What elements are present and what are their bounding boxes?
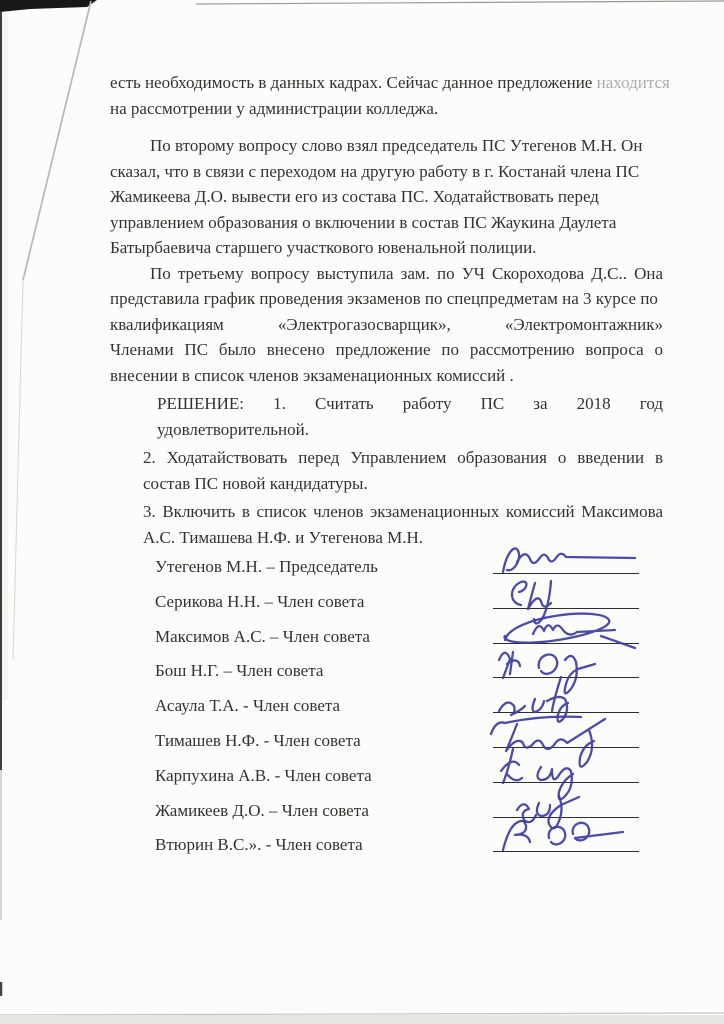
text-line: представила график проведения экзаменов … <box>110 286 663 312</box>
bottom-edge-artifact <box>0 1013 724 1015</box>
top-edge-artifact <box>196 1 724 4</box>
text-line: управлением образования о включении в со… <box>110 210 663 236</box>
signature-ink <box>477 806 653 868</box>
text-line: 2. Ходатайствовать перед Управлением обр… <box>143 445 663 471</box>
text-line: Жамикеева Д.О. вывести его из состава ПС… <box>110 184 663 210</box>
signatory-label: Асаула Т.А. - Член совета <box>155 693 340 718</box>
text-line: состав ПС новой кандидатуры. <box>143 471 663 497</box>
text-line: 3. Включить в список членов экзаменацион… <box>143 499 663 525</box>
signatory-label: Карпухина А.В. - Член совета <box>155 763 372 788</box>
signatory-label: Втюрин В.С.». - Член совета <box>155 832 363 857</box>
signatory-label: Максимов А.С. – Член совета <box>155 624 370 649</box>
document-text: есть необходимость в данных кадрах. Сейч… <box>110 70 663 867</box>
text-line: Батырбаевича старшего участкового ювенал… <box>110 235 663 261</box>
paragraph-2: По второму вопросу слово взял председате… <box>110 133 663 261</box>
text-line: По второму вопросу слово взял председате… <box>110 133 663 159</box>
text-line: есть необходимость в данных кадрах. Сейч… <box>110 70 663 96</box>
text-line: квалификациям «Электрогазосварщик», «Эле… <box>110 312 663 338</box>
signatory-label: Серикова Н.Н. – Член совета <box>155 589 364 614</box>
text-line: внесении в список членов экзаменационных… <box>110 363 663 389</box>
resolution-paragraph: РЕШЕНИЕ: 1. Считать работу ПС за 2018 го… <box>157 391 663 442</box>
text-line: По третьему вопросу выступила зам. по УЧ… <box>110 261 663 287</box>
signatory-label: Бош Н.Г. – Член совета <box>155 658 323 683</box>
signatory-label: Тимашев Н.Ф. - Член совета <box>155 728 361 753</box>
signatory-label: Жамикеев Д.О. – Член совета <box>155 798 369 823</box>
signature-row: Втюрин В.С.». - Член совета <box>155 832 663 867</box>
paragraph-3: По третьему вопросу выступила зам. по УЧ… <box>110 261 663 389</box>
signature-line <box>493 832 639 852</box>
document-page: есть необходимость в данных кадрах. Сейч… <box>0 0 724 1024</box>
signatory-label: Утегенов М.Н. – Председатель <box>155 554 378 579</box>
paragraph-1: есть необходимость в данных кадрах. Сейч… <box>110 70 663 121</box>
text-run: есть необходимость в данных кадрах. Сейч… <box>110 73 592 92</box>
resolution-item-2: 2. Ходатайствовать перед Управлением обр… <box>143 445 663 496</box>
diagonal-crease-artifact <box>23 1 91 280</box>
text-line: Членами ПС было внесено предложение по р… <box>110 337 663 363</box>
text-line: сказал, что в связи с переходом на другу… <box>110 159 663 185</box>
faded-word: находится <box>597 73 670 92</box>
text-line: на рассмотрении у администрации колледжа… <box>110 96 663 122</box>
resolution-line: удовлетворительной. <box>157 417 663 443</box>
corner-fold-artifact <box>0 0 97 12</box>
resolution-line: РЕШЕНИЕ: 1. Считать работу ПС за 2018 го… <box>157 391 663 417</box>
signature-section: Утегенов М.Н. – Председатель Серикова Н.… <box>155 554 663 867</box>
